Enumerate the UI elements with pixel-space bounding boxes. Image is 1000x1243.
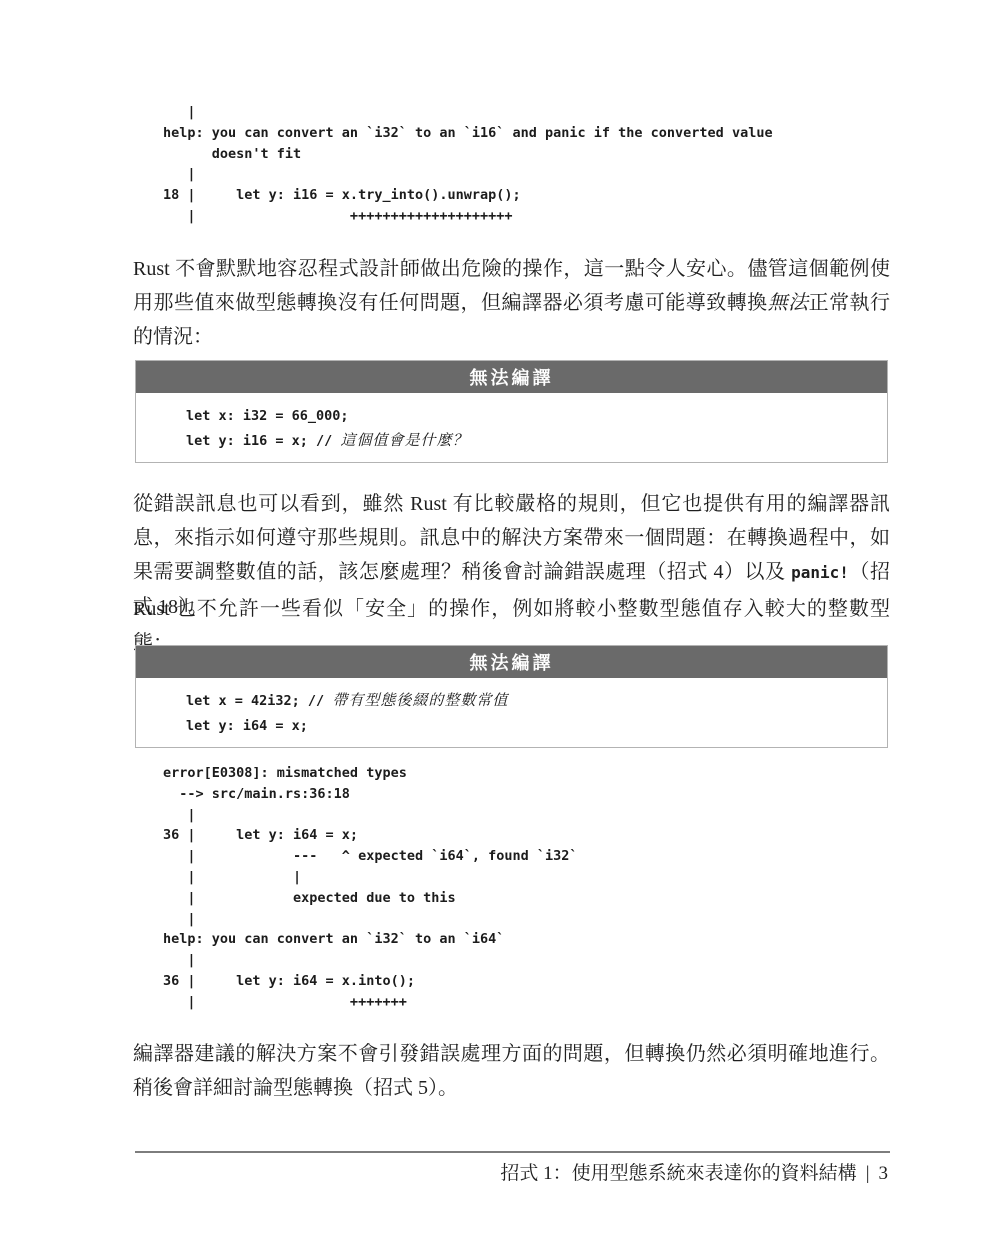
code-line: let y: i16 = x; // 這個值會是什麼？ — [186, 429, 887, 454]
code-line: let x = 42i32; // 帶有型態後綴的整數常值 — [186, 689, 887, 714]
footer-divider — [135, 1151, 890, 1153]
compiler-help-snippet-i16: | help: you can convert an `i32` to an `… — [163, 102, 773, 227]
code-comment: 帶有型態後綴的整數常值 — [332, 693, 508, 709]
footer-chapter-title: 招式 1：使用型態系統來表達你的資料結構 — [500, 1163, 856, 1184]
footer-page-number: 3 — [879, 1163, 889, 1184]
no-compile-header: 無法編譯 — [136, 646, 887, 678]
code-line: let y: i64 = x; — [186, 714, 887, 739]
paragraph-text: 從錯誤訊息也可以看到，雖然 Rust 有比較嚴格的規則，但它也提供有用的編譯器訊… — [133, 493, 890, 583]
no-compile-header: 無法編譯 — [136, 361, 887, 393]
no-compile-box-1: 無法編譯 let x: i32 = 66_000; let y: i16 = x… — [135, 360, 888, 463]
code-listing: let x = 42i32; // 帶有型態後綴的整數常值 let y: i64… — [136, 678, 887, 748]
no-compile-box-2: 無法編譯 let x = 42i32; // 帶有型態後綴的整數常值 let y… — [135, 645, 888, 748]
footer-separator: | — [866, 1163, 870, 1184]
code-comment: 這個值會是什麼？ — [340, 433, 468, 449]
code-listing: let x: i32 = 66_000; let y: i16 = x; // … — [136, 393, 887, 463]
paragraph-conclusion: 編譯器建議的解決方案不會引發錯誤處理方面的問題，但轉換仍然必須明確地進行。稍後會… — [133, 1037, 890, 1105]
page-footer: 招式 1：使用型態系統來表達你的資料結構|3 — [135, 1158, 888, 1185]
paragraph-rust-safety: Rust 不會默默地容忍程式設計師做出危險的操作，這一點令人安心。儘管這個範例使… — [133, 252, 890, 354]
book-page: | help: you can convert an `i32` to an `… — [0, 0, 1000, 1243]
code-text: let x = 42i32; // — [186, 693, 332, 709]
emphasized-text: 無法 — [768, 292, 809, 314]
inline-code-panic: panic! — [791, 563, 849, 582]
code-text: let y: i16 = x; // — [186, 433, 340, 449]
code-line: let x: i32 = 66_000; — [186, 404, 887, 429]
compiler-error-output-e0308: error[E0308]: mismatched types --> src/m… — [163, 763, 578, 1013]
